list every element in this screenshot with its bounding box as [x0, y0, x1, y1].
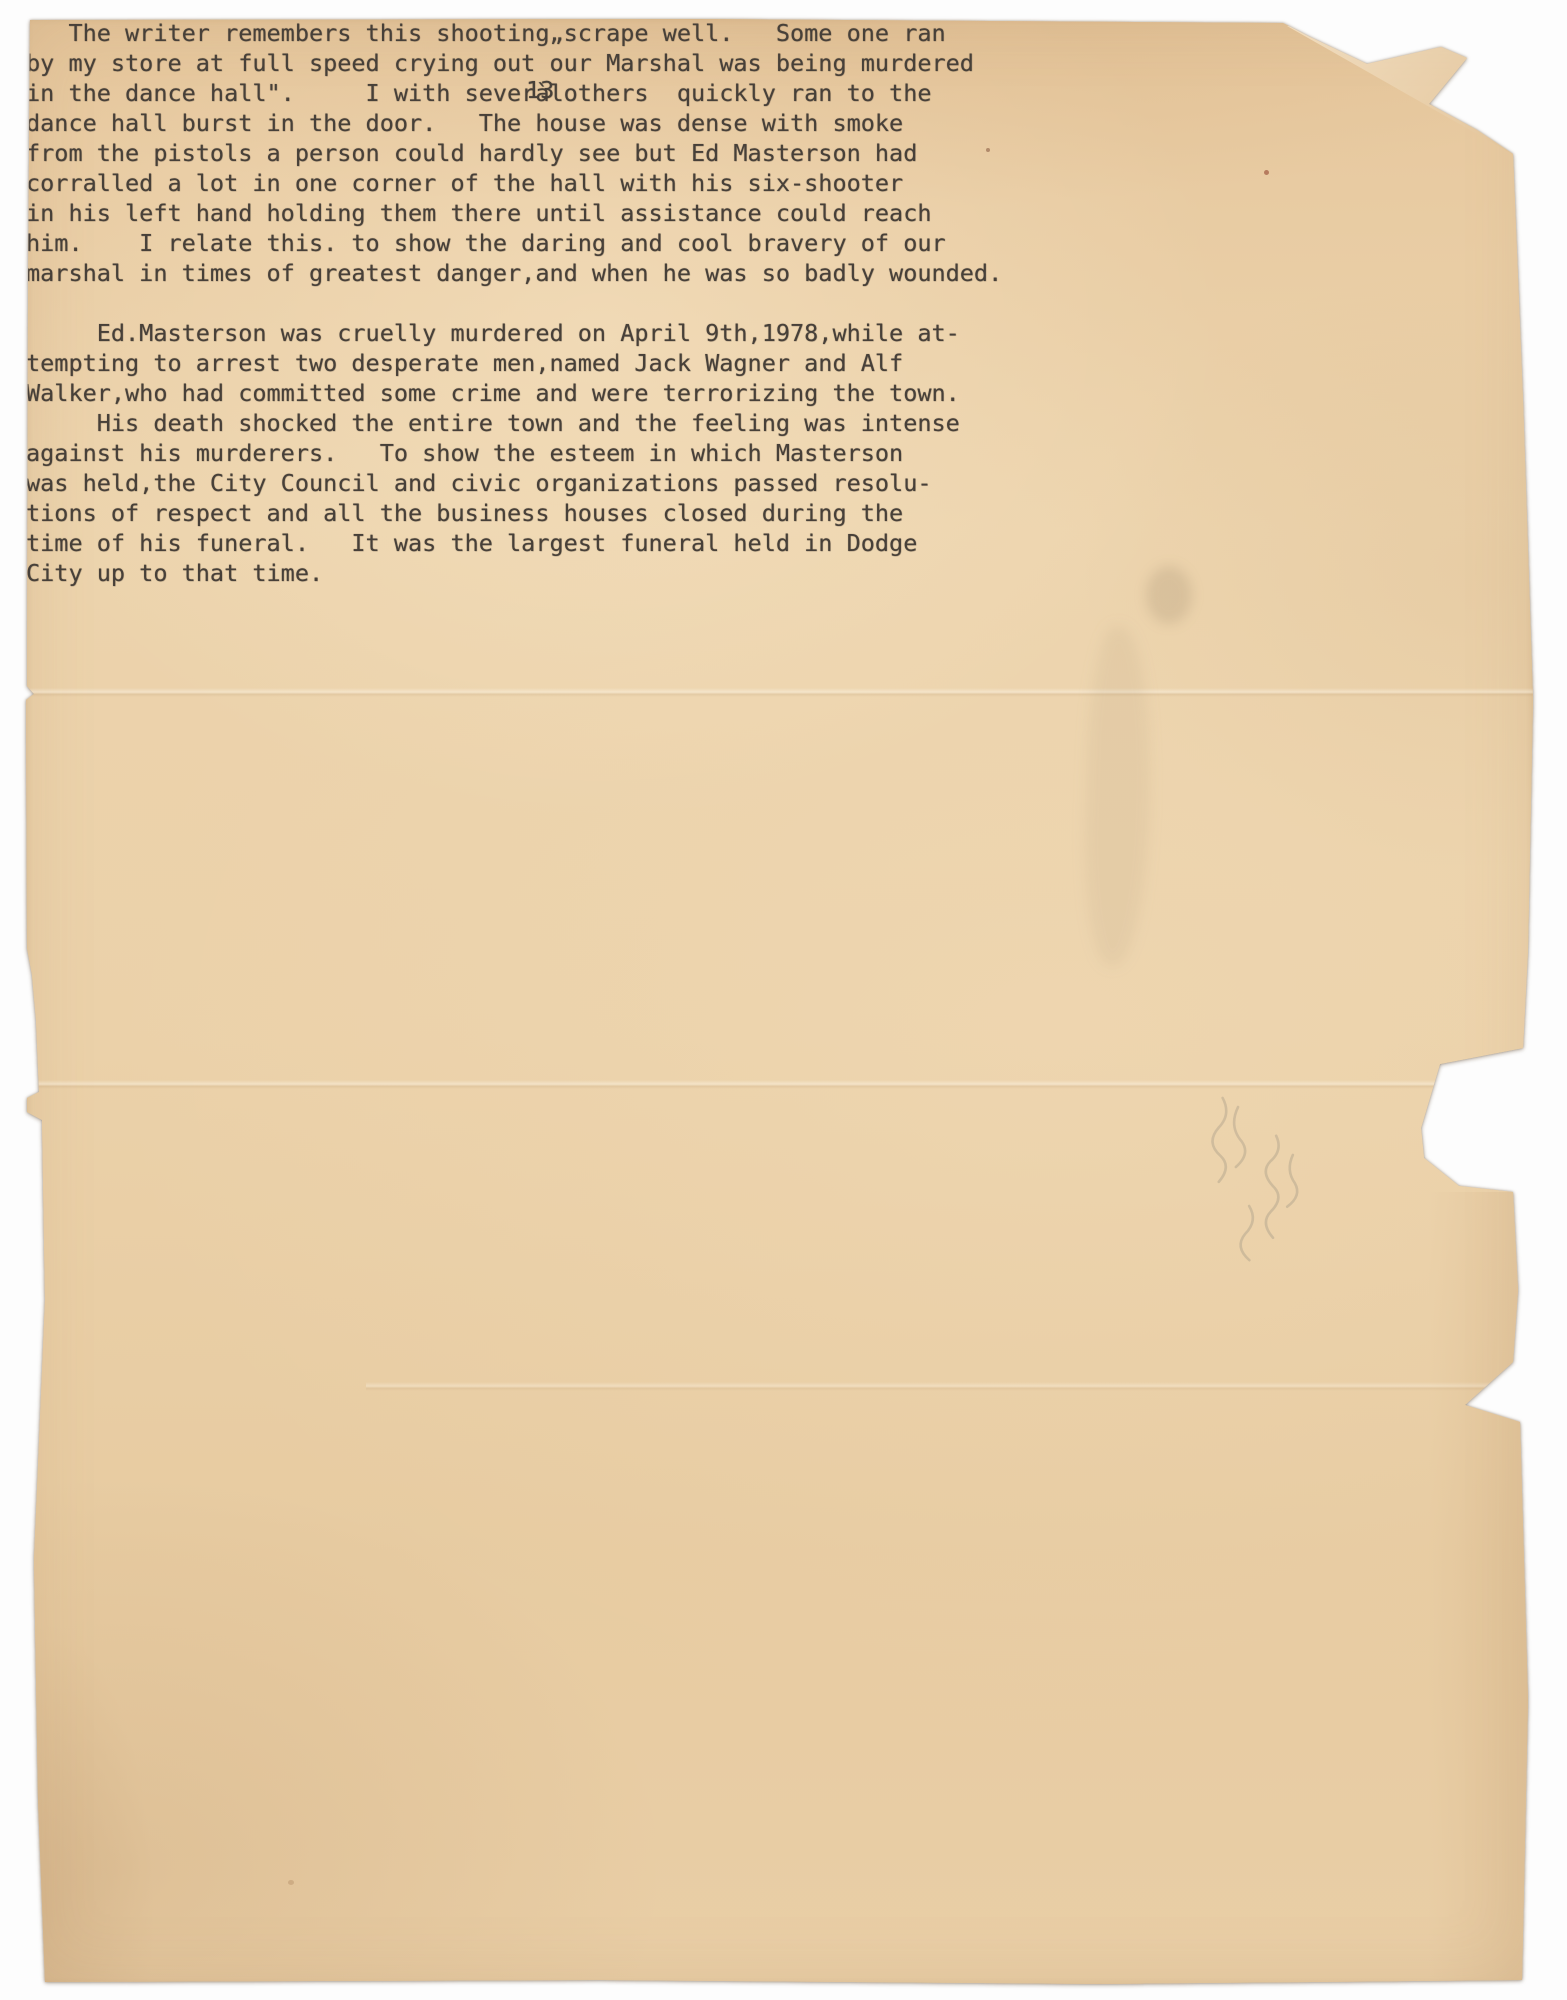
paper-speck [288, 1880, 294, 1885]
bottom-left-shading [26, 1618, 156, 1985]
paper-shadow: 13 The writer remembers this shooting„sc… [0, 0, 1567, 2000]
paragraph-funeral: His death shocked the entire town and th… [26, 408, 1533, 588]
document-page: 13 The writer remembers this shooting„sc… [26, 18, 1533, 1985]
scan-background: 13 The writer remembers this shooting„sc… [0, 0, 1567, 2000]
fold-crease-upper [26, 688, 1533, 697]
ink-showthrough-smudge [1080, 625, 1156, 967]
paragraph-shooting-scrape: The writer remembers this shooting„scrap… [26, 18, 1533, 288]
fold-crease-lower [366, 1382, 1533, 1391]
page-body-text: The writer remembers this shooting„scrap… [26, 18, 1533, 588]
fold-crease-middle [26, 1080, 1533, 1089]
page-number: 13 [526, 75, 554, 105]
right-edge-shading [1428, 1192, 1533, 1982]
paragraph-masterson-murdered: Ed.Masterson was cruelly murdered on Apr… [26, 318, 1533, 408]
pencil-scribble-marks [1147, 1088, 1350, 1301]
